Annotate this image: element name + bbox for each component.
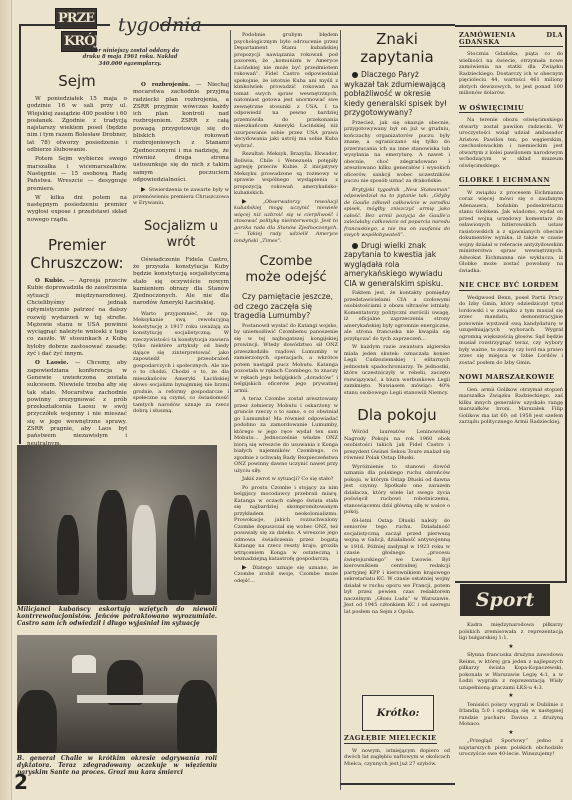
sport-item: „Przegląd Sportowy” jedno z najstarszych… <box>459 738 563 758</box>
paragraph: Jakiś zwrot w sytuacji? Co się stało? <box>234 476 338 483</box>
column-2: O rozbrojeniu. — Niechaj mocarstwa zacho… <box>133 82 229 417</box>
title-line: może odejść <box>234 270 338 286</box>
closing: ▶Dlatego uznaje się uznano, że Czombe zr… <box>234 565 338 585</box>
bullet-icon <box>352 243 358 249</box>
news-title: ZAMÓWIENIA DLA GDAŃSKA <box>459 32 563 47</box>
print-info: Numer niniejszy został oddany do druku 8… <box>75 48 185 67</box>
sport-item: Słynna francuska drużyna zawodowa Reims,… <box>459 652 563 691</box>
sport-column: Kadra międzynarodowa piłkarzy polskich z… <box>459 622 563 760</box>
paragraph-rozbrojenie: O rozbrojeniu. — Niechaj mocarstwa zacho… <box>133 82 229 184</box>
photo-caption-2: B. generał Challe w krótkim okresie odgr… <box>17 755 217 777</box>
paragraph: Oświadczenie Fidela Castro, że przyszła … <box>133 257 229 308</box>
paragraph: A teraz Czombe został aresztowany przez … <box>234 396 338 474</box>
paragraph: Postanowił wysłać do Katangi wojsko, by … <box>234 323 338 395</box>
news-title: NIE CHCE BYĆ LORDEM <box>459 282 559 291</box>
arrow-icon: ▶ <box>242 198 259 205</box>
subhead-rozbrojenie: O rozbrojeniu. <box>141 82 190 88</box>
news-text: Gen. armii Golikow otrzymał stopień mars… <box>459 387 563 426</box>
text: Dlatego uznaje się uznano, że Czombe zro… <box>234 565 338 584</box>
page-number: 2 <box>14 770 28 794</box>
paragraph: Przecież, jak się okazuje obecnie, przyg… <box>344 120 450 185</box>
paragraph: Wyróżnienie to stanowi dowód uznania dla… <box>344 464 450 516</box>
news-text: W związku z procesem Eichmanna coraz wię… <box>459 190 563 275</box>
paragraph: Po prostu Czombe i stojący za nim belgij… <box>234 485 338 563</box>
news-title: W OŚWIĘCIMIU <box>459 105 524 114</box>
article-title-czombe: Czombe może odejść <box>234 254 338 286</box>
text: Drugi wielki znak zapytania to kwestia j… <box>344 241 443 288</box>
article-title-chruszczow: Premier Chruszczow: <box>27 236 127 272</box>
news-sidebar: ZAMÓWIENIA DLA GDAŃSKA Stocznia Gdańska,… <box>459 32 563 428</box>
column-3: Podobnie grubym błędem psychologicznym b… <box>234 32 338 586</box>
text: — Agresja przeciw Kubie doprowadziła do … <box>27 278 127 357</box>
quote: ▶„Obserwatorzy rewolucji kubańskiej mogą… <box>234 199 338 245</box>
sport-logo: Sport <box>460 584 550 616</box>
newspaper-page: PRZE KRÓJ tygodnia Numer niniejszy zosta… <box>0 0 572 800</box>
question: Drugi wielki znak zapytania to kwestia j… <box>344 241 450 289</box>
paragraph: Potem Sejm wybierze swego marszałka i wi… <box>27 156 127 192</box>
sport-item: Tenisiści polscy wygrali w Dublinie z Ir… <box>459 702 563 728</box>
paragraph: Wśród laureatów Leninowskiej Nagrody Pok… <box>344 429 450 462</box>
krotko-title: ZAGŁĘBIE MIELECKIE <box>344 735 437 744</box>
column-rule <box>230 30 231 440</box>
przekroj-logo: PRZE KRÓJ <box>55 8 97 46</box>
article-title-znaki: Znaki zapytania <box>344 30 450 66</box>
paragraph: W nowym, istniejącym dopiero od dwóch la… <box>344 748 450 768</box>
news-title: GLOBKE I EICHMANN <box>459 177 550 186</box>
sport-item: Kadra międzynarodowa piłkarzy polskich z… <box>459 622 563 642</box>
news-text: Na terenie obozu oświęcimskiego otwarty … <box>459 117 563 169</box>
paragraph: W każdym razie awantura algierska miała … <box>344 344 450 396</box>
paragraph-small: Warto przypomnieć, że np. Meksykanie swą… <box>133 311 229 415</box>
paragraph-kuba: O Kubie. — Agresja przeciw Kubie doprowa… <box>27 278 127 358</box>
title-line: Czombe <box>234 254 338 270</box>
paragraph-laos: O Laosie. — Chcemy, aby zapowiedziana ko… <box>27 360 127 448</box>
top-rule <box>160 24 455 26</box>
text: Dlaczego Paryż wykazał tak zdumiewającą … <box>344 70 446 117</box>
source-note: ▶Stwierdzenia te zawarte były w przemówi… <box>133 187 229 207</box>
star-icon: ★ <box>459 693 563 700</box>
text: — Niechaj mocarstwa zachodnie przyjmą ra… <box>133 82 229 183</box>
article-title-dla-pokoju: Dla pokoju <box>344 406 450 424</box>
question: Dlaczego Paryż wykazał tak zdumiewającą … <box>344 70 450 118</box>
paragraph: Faktem jest, że kontakty pomiędzy przeds… <box>344 290 450 342</box>
paragraph: W kilka dni potem na następnym posiedzen… <box>27 195 127 224</box>
arrow-icon: ▶ <box>141 186 146 193</box>
text: Stwierdzenia te zawarte były w przemówie… <box>133 187 229 206</box>
text: „Obserwatorzy rewolucji kubańskiej mogą … <box>234 199 338 244</box>
paragraph-small: Podobnie grubym błędem psychologicznym b… <box>234 32 338 149</box>
news-title: NOWI MARSZAŁKOWIE <box>459 374 554 383</box>
page-spine <box>0 0 12 800</box>
photo-caption-1: Milicjanci kubańscy eskortują wziętych d… <box>17 606 217 628</box>
bullet-icon <box>352 72 358 78</box>
left-box-top-rule <box>20 24 110 26</box>
box-rule <box>340 783 455 785</box>
star-icon: ★ <box>459 730 563 737</box>
paragraph: W poniedziałek 15 maja o godzinie 16 w s… <box>27 96 127 154</box>
paragraph-small: Rezultat: Meksyk, Brazylia, Ekwador, Bol… <box>234 151 338 197</box>
krotko-article: ZAGŁĘBIE MIELECKIE W nowym, istniejącym … <box>344 735 450 769</box>
article-title-sejm: Sejm <box>27 72 127 90</box>
photo-general-challe <box>17 635 217 753</box>
column-rule <box>340 30 341 790</box>
photo-cuban-militia <box>17 445 217 605</box>
subhead-laos: O Laosie. <box>35 360 68 366</box>
paragraph: 69-letni Ostap Dłuski należy do seniorów… <box>344 518 450 616</box>
news-text: Wedgwood Benn, poseł Partii Pracy do Izb… <box>459 295 563 367</box>
arrow-icon: ▶ <box>242 564 249 571</box>
lead: Czy pamiętacie jeszcze, od czego zaczęła… <box>234 292 338 321</box>
paragraph: Brytyjski tygodnik „New Statesman” odpow… <box>344 187 450 239</box>
column-4: Znaki zapytania Dlaczego Paryż wykazał t… <box>344 30 450 617</box>
subhead-kuba: O Kubie. <box>35 278 65 284</box>
article-title-socjalizm: Socjalizm u wrót <box>133 219 229 251</box>
column-1: Sejm W poniedziałek 15 maja o godzinie 1… <box>27 72 127 450</box>
krotko-logo: Krótko: <box>362 695 434 731</box>
left-box-rule <box>19 24 21 444</box>
text: — Chcemy, aby zapowiedziana konferencja … <box>27 360 127 446</box>
star-icon: ★ <box>459 644 563 651</box>
news-text: Stocznia Gdańska, piąta co do wielkości … <box>459 51 563 97</box>
